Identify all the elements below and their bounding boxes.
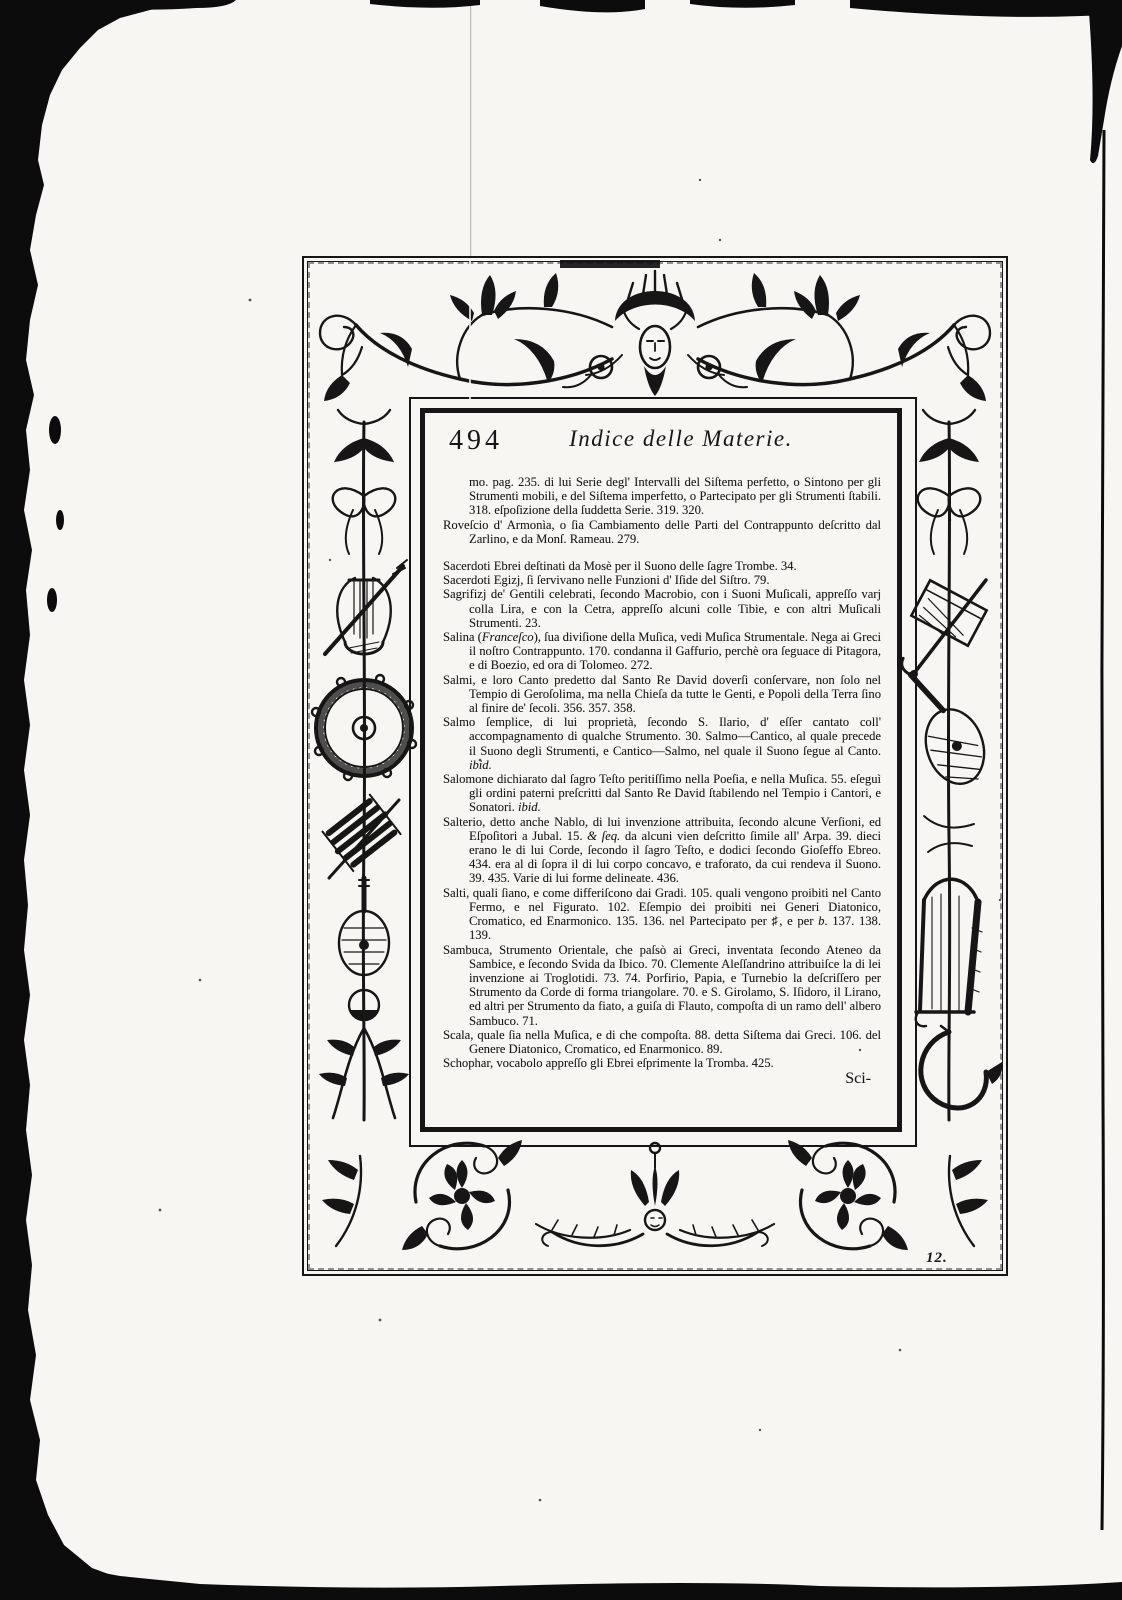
index-entry: mo. pag. 235. di lui Serie degl' Interva… bbox=[469, 475, 881, 518]
headpiece-ornament bbox=[310, 263, 1000, 413]
tailpiece-ornament bbox=[310, 1128, 1000, 1270]
index-entry: Salti, quali ſiano, e come differiſcono … bbox=[469, 886, 881, 943]
lyre-icon bbox=[325, 560, 407, 654]
scan-right-fold bbox=[1088, 0, 1122, 163]
index-entry: Sacerdoti Ebrei deſtinati da Mosè per il… bbox=[469, 559, 881, 573]
index-entry: Scala, quale ſia nella Muſica, e di che … bbox=[469, 1028, 881, 1056]
scanned-book-page: 494 Indice delle Materie. mo. pag. 235. … bbox=[0, 0, 1122, 1600]
index-entry: Salterio, detto anche Nablo, di lui inve… bbox=[469, 815, 881, 886]
catchword: Sci- bbox=[425, 1071, 897, 1086]
index-entry: Salmo ſemplice, di lui proprietà, ſecond… bbox=[469, 715, 881, 772]
horn-icon bbox=[921, 1026, 1002, 1108]
index-entry: Salomone dichiarato dal ſagro Teſto peri… bbox=[469, 772, 881, 815]
index-entry: Sambuca, Strumento Orientale, che paſsò … bbox=[469, 943, 881, 1028]
left-trophy-ornament bbox=[309, 408, 419, 1132]
index-entry: Salmi, e loro Canto predetto dal Santo R… bbox=[469, 673, 881, 716]
panpipes-icon bbox=[323, 795, 401, 871]
ornamental-frame: 494 Indice delle Materie. mo. pag. 235. … bbox=[302, 256, 1008, 1276]
right-trophy-ornament bbox=[894, 408, 1004, 1132]
mandolin-icon bbox=[897, 643, 993, 792]
tailpiece-center-mask-icon bbox=[542, 1143, 768, 1246]
index-entry: Sacerdoti Egizj, ſi ſervivano nelle Funz… bbox=[469, 573, 881, 587]
page-header: 494 Indice delle Materie. bbox=[425, 423, 897, 469]
scan-top-edge bbox=[86, 0, 236, 10]
index-entry: Sagrifizj de' Gentili celebrati, ſecondo… bbox=[469, 587, 881, 630]
scan-left-edge bbox=[0, 0, 190, 1600]
running-title: Indice delle Materie. bbox=[465, 426, 897, 452]
index-entry: Roveſcio d' Armonìa, o ſia Cambiamento d… bbox=[469, 518, 881, 546]
index-entry: Schophar, vocabolo appreſſo gli Ebrei eſ… bbox=[469, 1056, 881, 1070]
scan-bottom-edge bbox=[0, 1569, 1122, 1600]
index-entry: Salina (Franceſco), ſua diviſione della … bbox=[469, 630, 881, 673]
index-entries: mo. pag. 235. di lui Serie degl' Interva… bbox=[425, 469, 897, 1070]
text-panel: 494 Indice delle Materie. mo. pag. 235. … bbox=[420, 408, 902, 1132]
signature-mark: 12. bbox=[926, 1250, 948, 1267]
